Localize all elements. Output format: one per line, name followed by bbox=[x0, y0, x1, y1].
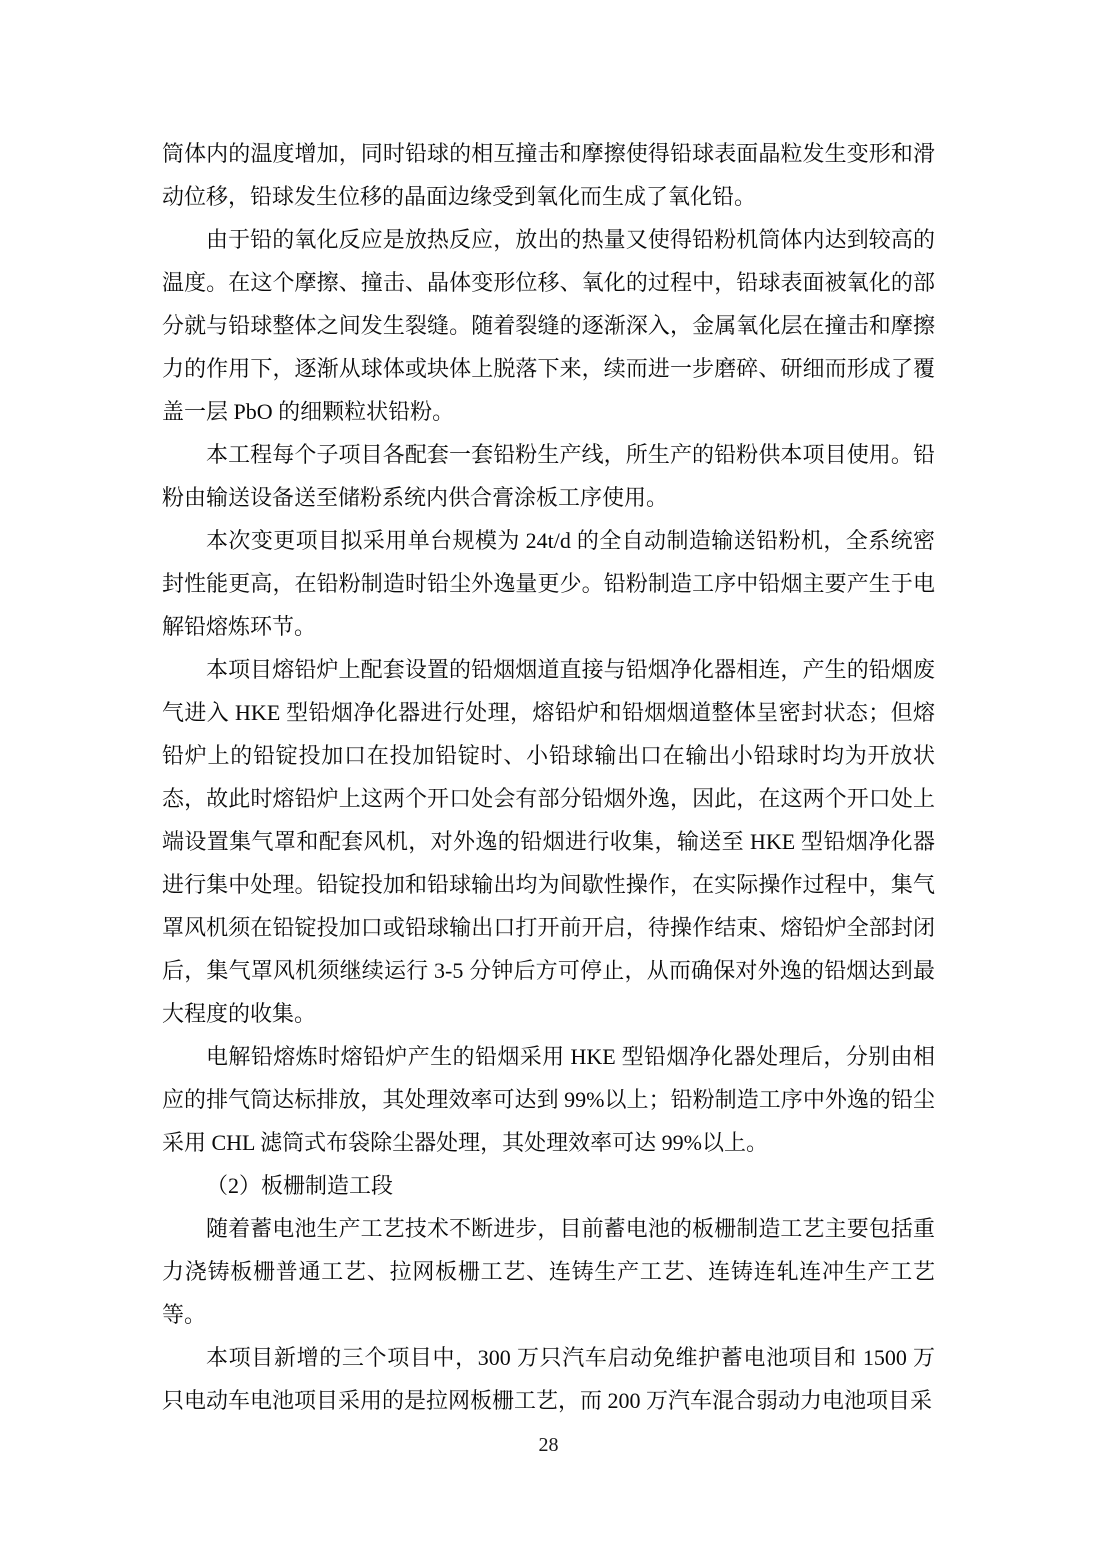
paragraph: 随着蓄电池生产工艺技术不断进步，目前蓄电池的板栅制造工艺主要包括重力浇铸板栅普通… bbox=[162, 1207, 935, 1336]
text-body: 筒体内的温度增加，同时铅球的相互撞击和摩擦使得铅球表面晶粒发生变形和滑动位移，铅… bbox=[162, 132, 935, 1422]
paragraph: 筒体内的温度增加，同时铅球的相互撞击和摩擦使得铅球表面晶粒发生变形和滑动位移，铅… bbox=[162, 132, 935, 218]
section-heading: （2）板栅制造工段 bbox=[162, 1164, 935, 1207]
paragraph: 本项目新增的三个项目中，300 万只汽车启动免维护蓄电池项目和 1500 万只电… bbox=[162, 1336, 935, 1422]
page-number: 28 bbox=[162, 1431, 935, 1459]
paragraph: 本项目熔铅炉上配套设置的铅烟烟道直接与铅烟净化器相连，产生的铅烟废气进入 HKE… bbox=[162, 648, 935, 1035]
paragraph: 本工程每个子项目各配套一套铅粉生产线，所生产的铅粉供本项目使用。铅粉由输送设备送… bbox=[162, 433, 935, 519]
document-page: 筒体内的温度增加，同时铅球的相互撞击和摩擦使得铅球表面晶粒发生变形和滑动位移，铅… bbox=[0, 0, 1102, 1559]
paragraph: 电解铅熔炼时熔铅炉产生的铅烟采用 HKE 型铅烟净化器处理后，分别由相应的排气筒… bbox=[162, 1035, 935, 1164]
paragraph: 由于铅的氧化反应是放热反应，放出的热量又使得铅粉机筒体内达到较高的温度。在这个摩… bbox=[162, 218, 935, 433]
paragraph: 本次变更项目拟采用单台规模为 24t/d 的全自动制造输送铅粉机，全系统密封性能… bbox=[162, 519, 935, 648]
